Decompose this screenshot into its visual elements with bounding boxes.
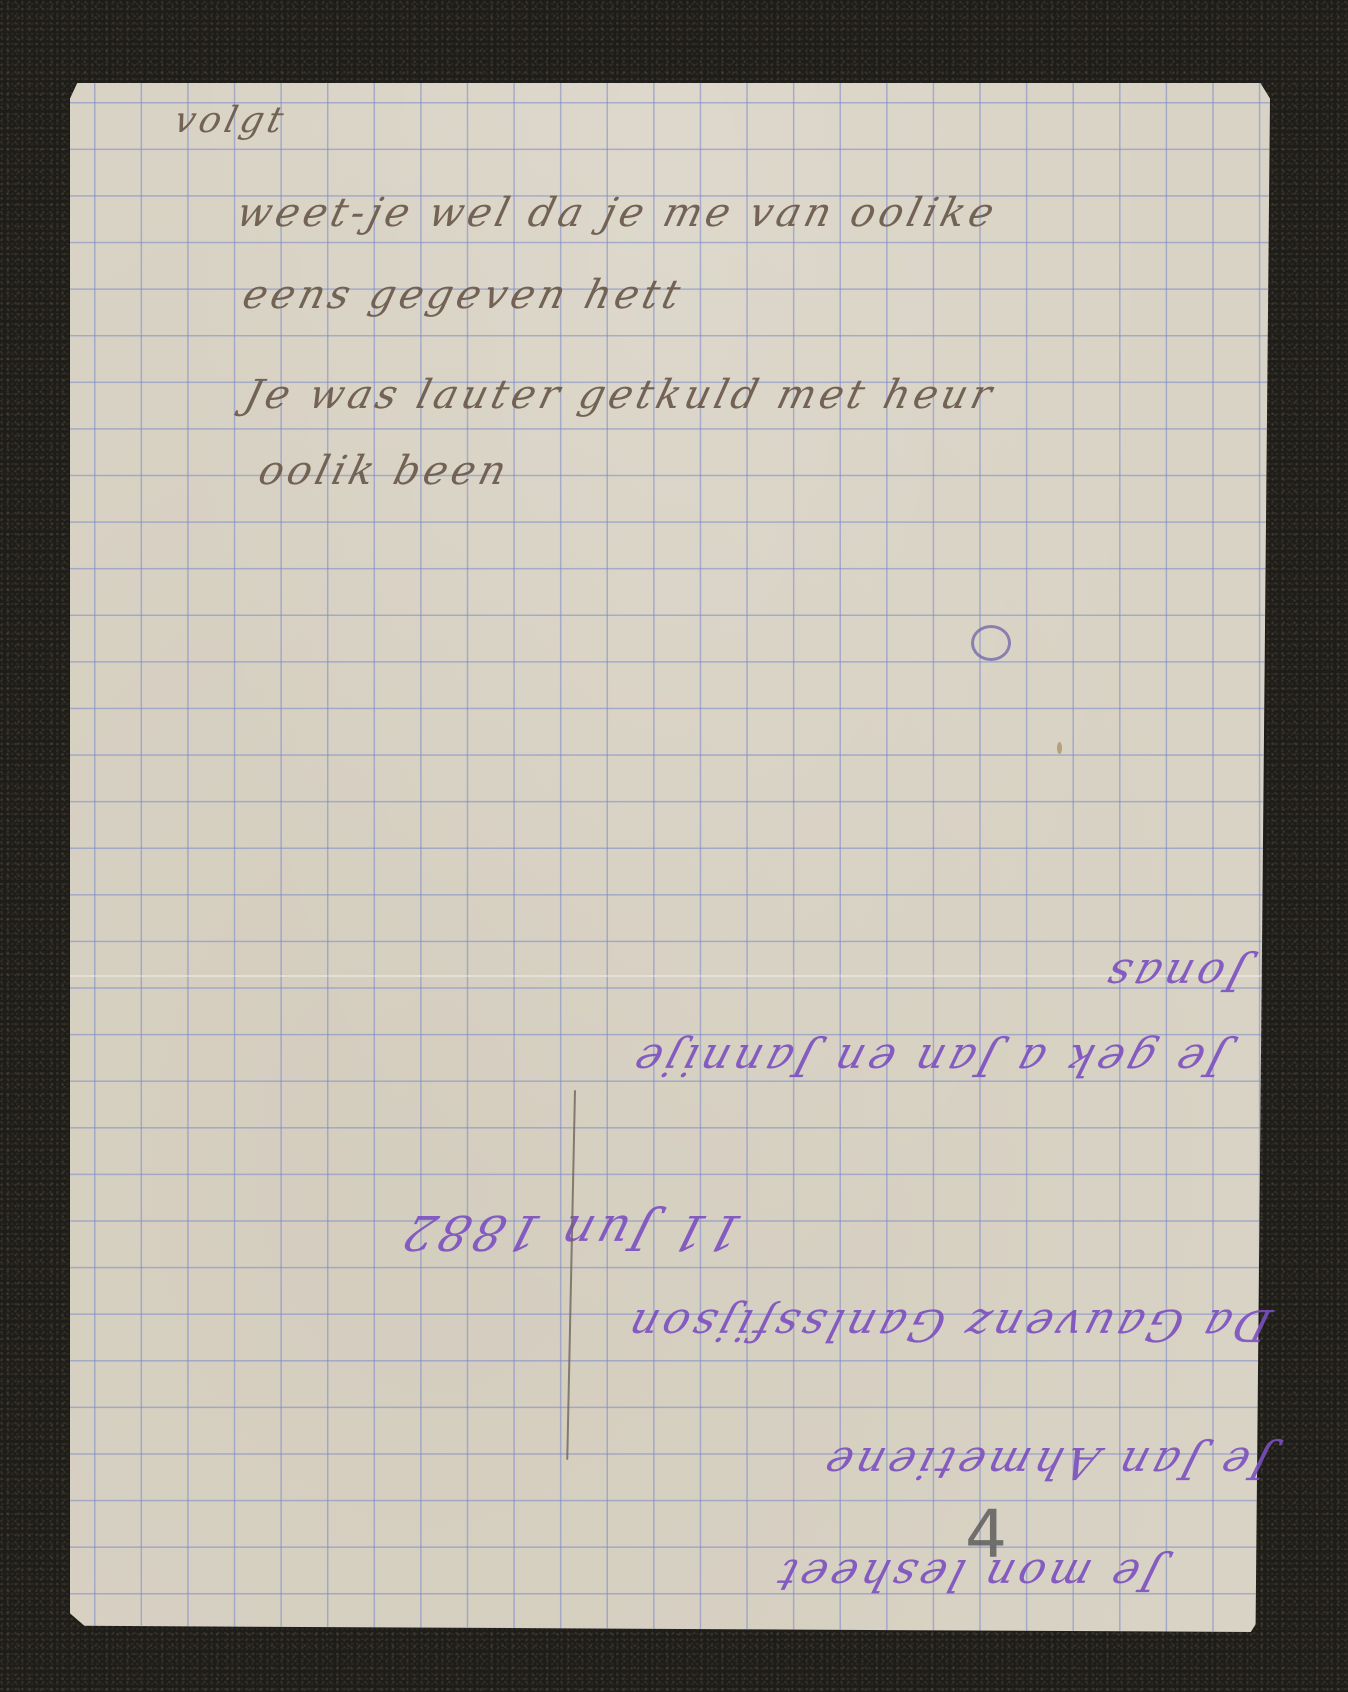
- purple-line-3: Da Gauvenz Ganlssfijson: [619, 1299, 1278, 1350]
- upside-down-purple-text: Je mon lesheet Je Jan Ahmetiene Da Gauve…: [70, 760, 1270, 1640]
- pencil-page-number: 4: [965, 1502, 1007, 1568]
- purple-line-6: Jonas: [1096, 949, 1252, 1000]
- purple-line-5: Je gek a Jan en Jannije: [624, 1034, 1232, 1085]
- ink-spot: [1057, 742, 1062, 754]
- purple-line-2: Je Jan Ahmetiene: [815, 1437, 1278, 1488]
- brown-line-3: eens gegeven hett: [238, 272, 689, 318]
- circle-mark-icon: [971, 625, 1011, 661]
- brown-line-5: oolik been: [254, 448, 515, 494]
- brown-line-4: Je was lauter getkuld met heur: [240, 372, 1000, 418]
- brown-line-1: volgt: [170, 100, 291, 141]
- brown-line-2: weet-je wel da je me van oolike: [232, 190, 1003, 236]
